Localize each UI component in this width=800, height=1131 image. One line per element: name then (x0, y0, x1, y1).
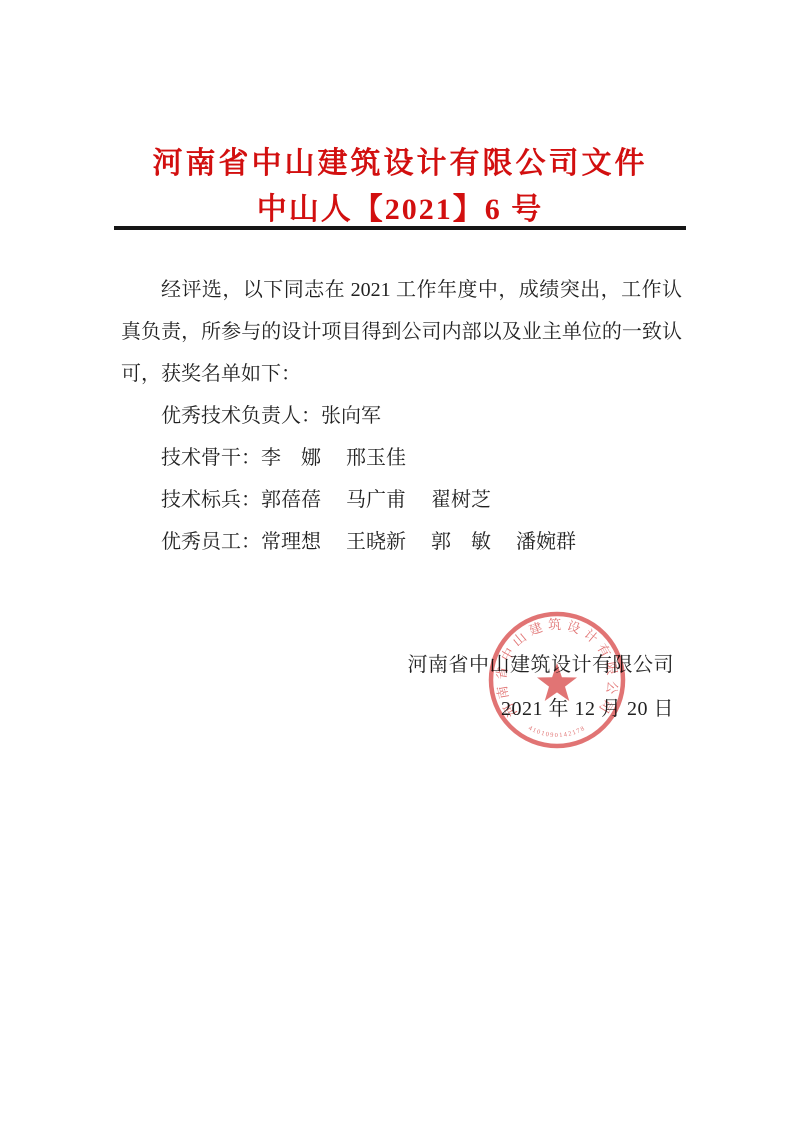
document-number: 中山人【2021】6 号 (0, 184, 800, 228)
document-page: 河南省中山建筑设计有限公司文件 中山人【2021】6 号 经评选，以下同志在 2… (0, 0, 800, 1131)
signature-company: 河南省中山建筑设计有限公司 (408, 643, 675, 687)
intro-paragraph: 经评选，以下同志在 2021 工作年度中，成绩突出，工作认真负责，所参与的设计项… (121, 269, 682, 395)
award-names: 郭蓓蓓 马广甫 翟树芝 (261, 489, 491, 511)
award-line-tech-backbone: 技术骨干：李 娜 邢玉佳 (121, 437, 682, 479)
award-line-excellent-staff: 优秀员工：常理想 王晓新 郭 敏 潘婉群 (121, 521, 682, 563)
award-label: 优秀员工： (161, 531, 261, 553)
signature-block: 河南省中山建筑设计有限公司 2021 年 12 月 20 日 (408, 643, 675, 731)
award-label: 技术标兵： (161, 489, 261, 511)
award-names: 张向军 (321, 405, 381, 427)
award-names: 李 娜 邢玉佳 (261, 447, 406, 469)
award-names: 常理想 王晓新 郭 敏 潘婉群 (261, 531, 576, 553)
award-label: 技术骨干： (161, 447, 261, 469)
signature-date: 2021 年 12 月 20 日 (408, 687, 675, 731)
document-title: 河南省中山建筑设计有限公司文件 (0, 138, 800, 182)
award-line-tech-model: 技术标兵：郭蓓蓓 马广甫 翟树芝 (121, 479, 682, 521)
award-label: 优秀技术负责人： (161, 405, 321, 427)
document-body: 经评选，以下同志在 2021 工作年度中，成绩突出，工作认真负责，所参与的设计项… (121, 269, 682, 563)
award-line-tech-leader: 优秀技术负责人：张向军 (121, 395, 682, 437)
header-divider-rule (114, 226, 686, 230)
